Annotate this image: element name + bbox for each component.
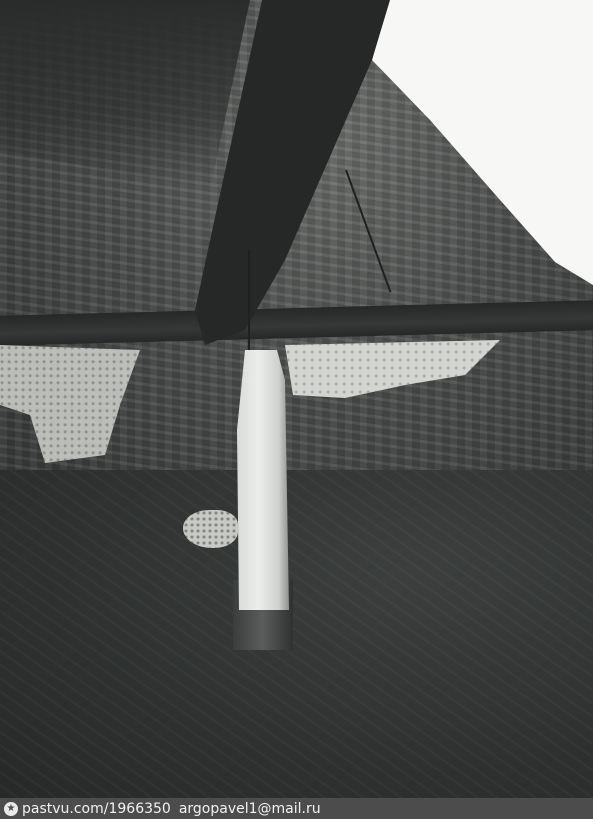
watermark-bar: ★ pastvu.com/1966350 argopavel1@mail.ru [0, 798, 593, 819]
watermark-author: argopavel1@mail.ru [179, 801, 321, 817]
support-rod-vertical [248, 250, 250, 360]
pastvu-star-icon: ★ [4, 802, 18, 816]
watermark-url[interactable]: pastvu.com/1966350 [22, 801, 171, 817]
plaster-patch-small [183, 510, 238, 548]
ground-vegetation [0, 470, 593, 800]
photo-frame: ★ pastvu.com/1966350 argopavel1@mail.ru [0, 0, 593, 819]
pale-column [237, 350, 289, 610]
